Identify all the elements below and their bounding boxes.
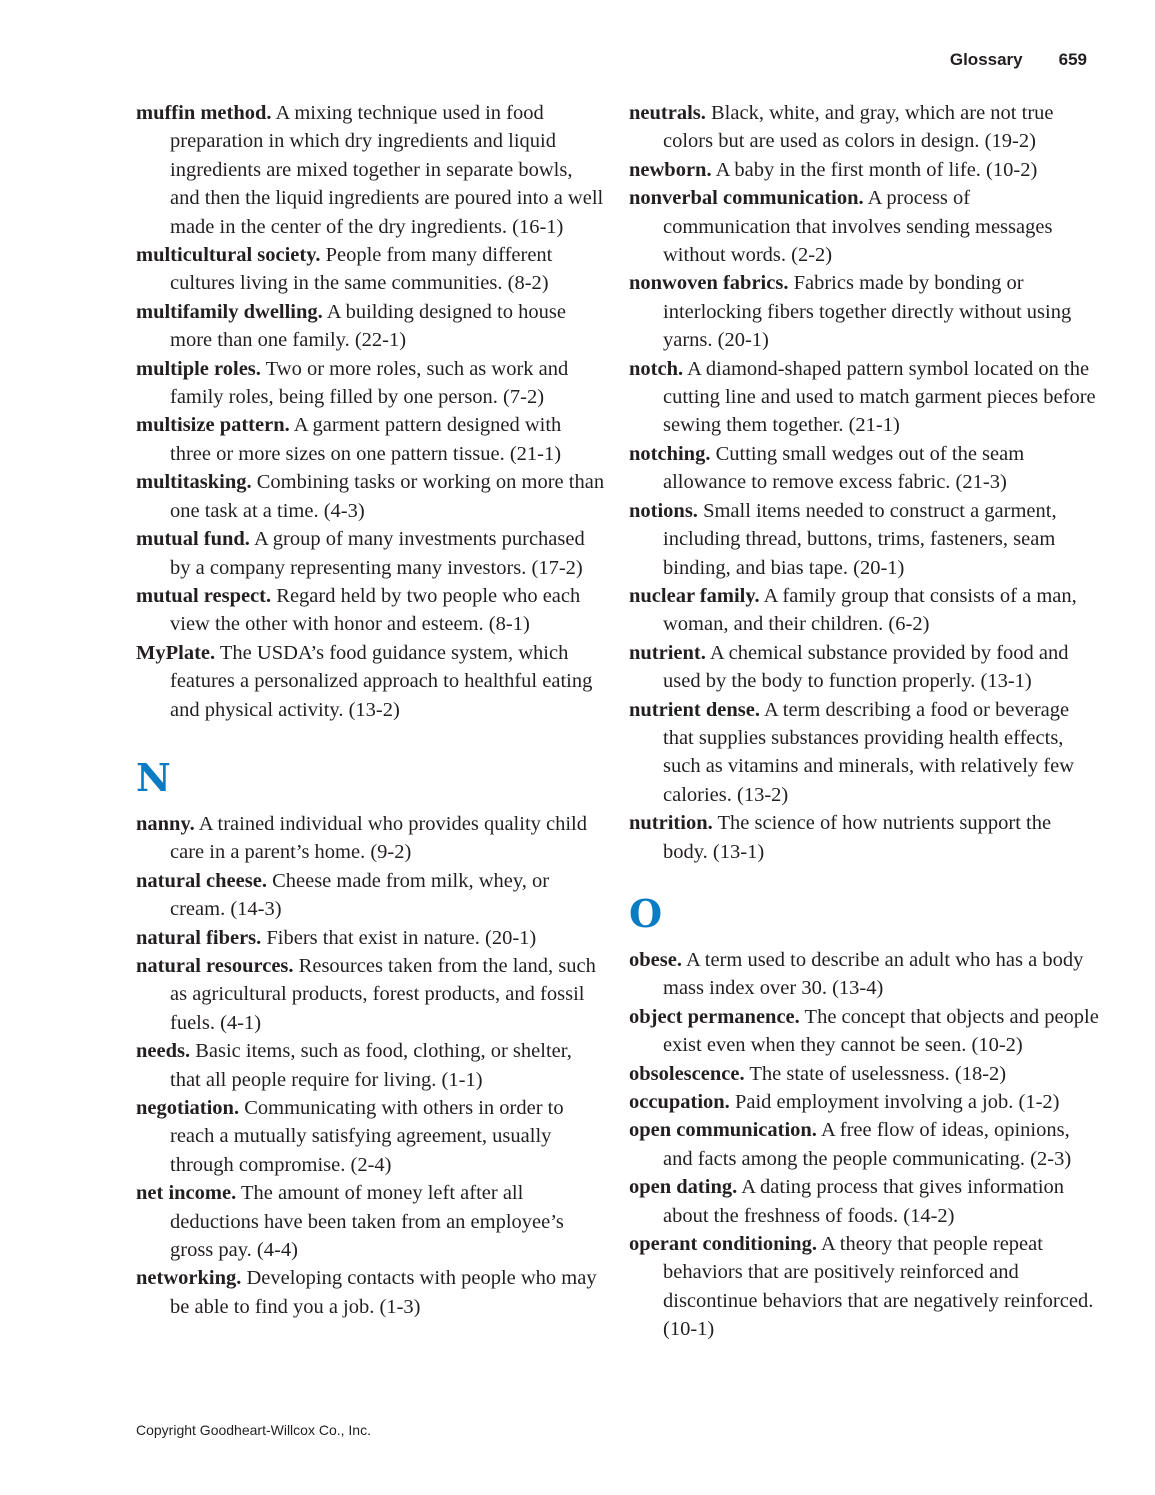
glossary-entry: net income. The amount of money left aft… [136,1179,606,1264]
page-number: 659 [1059,50,1087,70]
glossary-term: multisize pattern. [136,414,290,436]
glossary-term: MyPlate. [136,642,215,664]
glossary-entry: notions. Small items needed to construct… [629,497,1099,582]
glossary-entry: multifamily dwelling. A building designe… [136,298,606,355]
glossary-entry: notching. Cutting small wedges out of th… [629,440,1099,497]
glossary-term: open communication. [629,1119,817,1141]
glossary-term: mutual fund. [136,528,250,550]
glossary-definition: Small items needed to construct a garmen… [663,500,1057,579]
glossary-entry: MyPlate. The USDA’s food guidance system… [136,639,606,724]
glossary-definition: A term used to describe an adult who has… [663,949,1083,999]
glossary-term: natural resources. [136,955,294,977]
glossary-entry: muffin method. A mixing technique used i… [136,99,606,241]
glossary-term: nutrient. [629,642,706,664]
glossary-entry: object permanence. The concept that obje… [629,1003,1099,1060]
right-column: neutrals. Black, white, and gray, which … [629,99,1099,1344]
glossary-term: nonwoven fabrics. [629,272,788,294]
glossary-entry: natural resources. Resources taken from … [136,952,606,1037]
glossary-term: needs. [136,1040,190,1062]
glossary-entry: natural fibers. Fibers that exist in nat… [136,924,606,952]
glossary-definition: Cutting small wedges out of the seam all… [663,443,1024,493]
glossary-term: operant conditioning. [629,1233,817,1255]
glossary-term: nutrient dense. [629,699,760,721]
glossary-entry: open dating. A dating process that gives… [629,1173,1099,1230]
section-title: Glossary [950,50,1023,70]
glossary-entry: negotiation. Communicating with others i… [136,1094,606,1179]
glossary-definition: Fibers that exist in nature. (20-1) [266,927,536,949]
glossary-term: notions. [629,500,698,522]
glossary-term: obese. [629,949,682,971]
glossary-definition: A diamond-shaped pattern symbol located … [663,358,1096,437]
glossary-entry: nanny. A trained individual who provides… [136,810,606,867]
glossary-term: natural cheese. [136,870,267,892]
glossary-entry: obese. A term used to describe an adult … [629,946,1099,1003]
glossary-term: networking. [136,1267,241,1289]
glossary-term: multitasking. [136,471,252,493]
glossary-definition: The state of uselessness. (18-2) [749,1063,1006,1085]
glossary-entry: networking. Developing contacts with peo… [136,1264,606,1321]
glossary-entry: mutual fund. A group of many investments… [136,525,606,582]
glossary-term: notch. [629,358,683,380]
glossary-definition: A chemical substance provided by food an… [663,642,1069,692]
glossary-term: nutrition. [629,812,713,834]
glossary-definition: The USDA’s food guidance system, which f… [170,642,592,721]
glossary-term: negotiation. [136,1097,239,1119]
entry-list: muffin method. A mixing technique used i… [136,99,606,724]
glossary-definition: Paid employment involving a job. (1-2) [735,1091,1060,1113]
glossary-entry: notch. A diamond-shaped pattern symbol l… [629,355,1099,440]
glossary-term: natural fibers. [136,927,261,949]
glossary-term: newborn. [629,159,712,181]
glossary-term: neutrals. [629,102,706,124]
glossary-entry: open communication. A free flow of ideas… [629,1116,1099,1173]
entry-list: obese. A term used to describe an adult … [629,946,1099,1344]
glossary-term: open dating. [629,1176,737,1198]
glossary-entry: newborn. A baby in the first month of li… [629,156,1099,184]
glossary-definition: A trained individual who provides qualit… [170,813,587,863]
glossary-entry: occupation. Paid employment involving a … [629,1088,1099,1116]
glossary-entry: operant conditioning. A theory that peop… [629,1230,1099,1344]
glossary-definition: A baby in the first month of life. (10-2… [716,159,1038,181]
glossary-entry: needs. Basic items, such as food, clothi… [136,1037,606,1094]
running-head: Glossary 659 [950,50,1087,70]
glossary-term: nanny. [136,813,195,835]
glossary-definition: Basic items, such as food, clothing, or … [170,1040,572,1090]
glossary-entry: natural cheese. Cheese made from milk, w… [136,867,606,924]
glossary-term: multifamily dwelling. [136,301,323,323]
glossary-term: notching. [629,443,710,465]
glossary-term: nuclear family. [629,585,760,607]
glossary-entry: nonverbal communication. A process of co… [629,184,1099,269]
glossary-entry: obsolescence. The state of uselessness. … [629,1060,1099,1088]
section-letter-o: O [629,894,1099,934]
glossary-definition: Black, white, and gray, which are not tr… [663,102,1054,152]
glossary-entry: nutrient dense. A term describing a food… [629,696,1099,810]
glossary-entry: multiple roles. Two or more roles, such … [136,355,606,412]
glossary-term: multicultural society. [136,244,320,266]
glossary-entry: multisize pattern. A garment pattern des… [136,411,606,468]
glossary-entry: neutrals. Black, white, and gray, which … [629,99,1099,156]
glossary-entry: multitasking. Combining tasks or working… [136,468,606,525]
glossary-entry: mutual respect. Regard held by two peopl… [136,582,606,639]
glossary-term: nonverbal communication. [629,187,864,209]
glossary-term: net income. [136,1182,236,1204]
entry-list: nanny. A trained individual who provides… [136,810,606,1321]
section-letter-n: N [136,758,606,798]
glossary-term: mutual respect. [136,585,271,607]
copyright-footer: Copyright Goodheart-Willcox Co., Inc. [136,1422,371,1438]
glossary-entry: nutrient. A chemical substance provided … [629,639,1099,696]
left-column: muffin method. A mixing technique used i… [136,99,606,1321]
glossary-term: multiple roles. [136,358,261,380]
glossary-term: muffin method. [136,102,272,124]
glossary-entry: multicultural society. People from many … [136,241,606,298]
glossary-term: obsolescence. [629,1063,745,1085]
glossary-term: occupation. [629,1091,730,1113]
glossary-entry: nonwoven fabrics. Fabrics made by bondin… [629,269,1099,354]
glossary-entry: nutrition. The science of how nutrients … [629,809,1099,866]
glossary-term: object permanence. [629,1006,800,1028]
entry-list: neutrals. Black, white, and gray, which … [629,99,1099,866]
glossary-entry: nuclear family. A family group that cons… [629,582,1099,639]
glossary-definition: The science of how nutrients support the… [663,812,1051,862]
